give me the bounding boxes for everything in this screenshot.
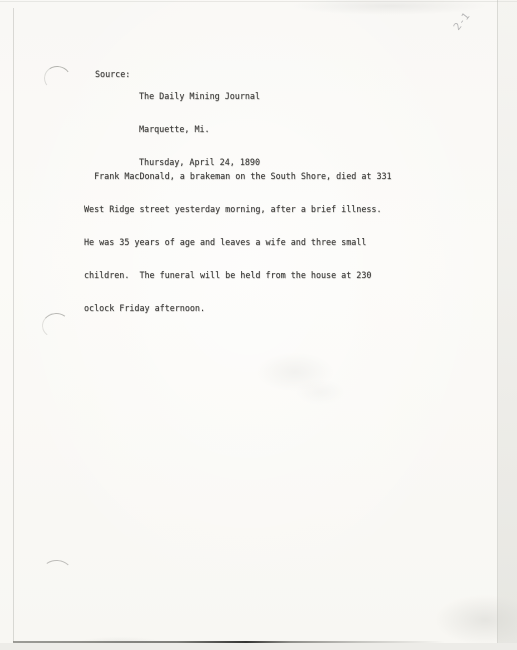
page-edge-top [0, 1, 517, 2]
article-line: He was 35 years of age and leaves a wife… [84, 237, 414, 248]
source-publication: The Daily Mining Journal [139, 91, 389, 102]
hole-punch-bottom [41, 559, 73, 585]
paper-sheet: 2-1 Source: The Daily Mining Journal Mar… [0, 0, 517, 650]
source-citation-block: Source: The Daily Mining Journal Marquet… [95, 69, 125, 113]
article-line: children. The funeral will be held from … [84, 270, 414, 281]
handwritten-pencil-mark: 2-1 [452, 10, 474, 33]
source-location: Marquette, Mi. [139, 124, 389, 135]
article-line: West Ridge street yesterday morning, aft… [84, 204, 414, 215]
source-label: Source: [95, 69, 130, 80]
hole-punch-top [42, 64, 73, 93]
page-edge-right-shadow [498, 0, 517, 650]
article-line: Frank MacDonald, a brakeman on the South… [84, 171, 414, 182]
page-bottom-margin [0, 643, 517, 650]
page-edge-left [13, 8, 14, 642]
hole-punch-middle [41, 312, 71, 340]
article-line: oclock Friday afternoon. [84, 303, 414, 314]
obituary-article-text: Frank MacDonald, a brakeman on the South… [84, 149, 414, 336]
scanned-document-page: 2-1 Source: The Daily Mining Journal Mar… [0, 0, 517, 650]
page-edge-right [497, 0, 498, 650]
page-edge-bottom [13, 641, 445, 643]
